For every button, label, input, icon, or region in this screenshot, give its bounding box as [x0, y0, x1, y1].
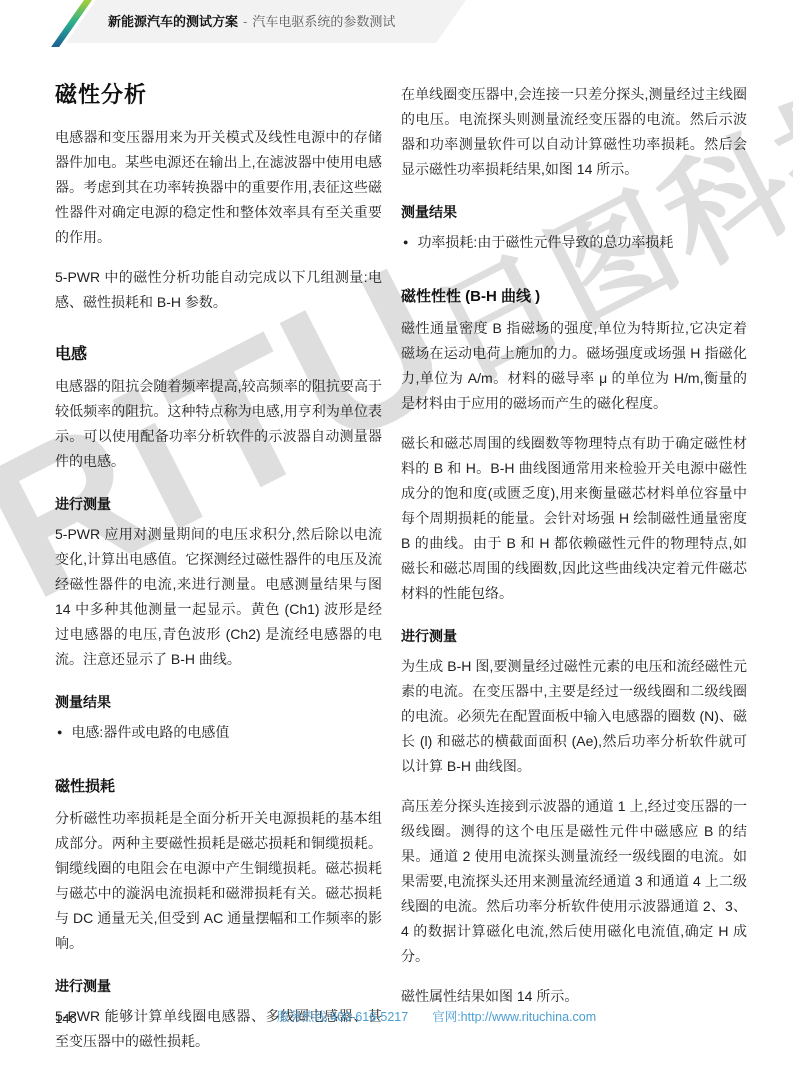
hotline-label: 服务热线:: [277, 1010, 330, 1024]
hotline-number: 400-616-5217: [330, 1010, 408, 1024]
bh-paragraph-3: 为生成 B-H 图,要测量经过磁性元素的电压和流经磁性元素的电流。在变压器中,主…: [401, 654, 747, 779]
doc-series-title: 新能源汽车的测试方案: [108, 14, 238, 29]
subheading-results-right: 测量结果: [401, 202, 747, 222]
page-title: 磁性分析: [55, 78, 382, 109]
list-item: ● 功率损耗:由于磁性元件导致的总功率损耗: [401, 230, 747, 255]
subheading-results-left: 测量结果: [55, 692, 382, 712]
measurement-paragraph-1: 5-PWR 应用对测量期间的电压求积分,然后除以电流变化,计算出电感值。它探测经…: [55, 522, 382, 672]
inductance-paragraph: 电感器的阻抗会随着频率提高,较高频率的阻抗要高于较低频率的阻抗。这种特点称为电感…: [55, 374, 382, 474]
section-heading-bh-curve: 磁性性性 (B-H 曲线 ): [401, 285, 747, 306]
section-heading-magnetic-loss: 磁性损耗: [55, 775, 382, 796]
bh-paragraph-1: 磁性通量密度 B 指磁场的强度,单位为特斯拉,它决定着磁场在运动电荷上施加的力。…: [401, 316, 747, 416]
subheading-make-measurement-2: 进行测量: [55, 976, 382, 996]
footer-contact-line: 服务热线:400-616-5217官网:http://www.rituchina…: [0, 1007, 793, 1025]
intro-paragraph-2: 5-PWR 中的磁性分析功能自动完成以下几组测量:电感、磁性损耗和 B-H 参数…: [55, 265, 382, 315]
right-column: 在单线圈变压器中,会连接一只差分探头,测量经过主线圈的电压。电流探头则测量流经变…: [401, 78, 747, 1069]
website-link[interactable]: http://www.rituchina.com: [461, 1010, 596, 1024]
section-heading-inductance: 电感: [55, 341, 382, 364]
bullet-icon: ●: [57, 720, 62, 745]
left-column: 磁性分析 电感器和变压器用来为开关模式及线性电源中的存储器件加电。某些电源还在输…: [55, 78, 382, 1069]
magnetic-loss-paragraph: 分析磁性功率损耗是全面分析开关电源损耗的基本组成部分。两种主要磁性损耗是磁芯损耗…: [55, 806, 382, 956]
bullet-text: 功率损耗:由于磁性元件导致的总功率损耗: [417, 230, 673, 255]
header-dash: -: [243, 14, 247, 29]
subheading-make-measurement-1: 进行测量: [55, 494, 382, 514]
bullet-text: 电感:器件或电路的电感值: [71, 720, 229, 745]
bh-paragraph-2: 磁长和磁芯周围的线圈数等物理特点有助于确定磁性材料的 B 和 H。B-H 曲线图…: [401, 431, 747, 606]
website-label: 官网:: [432, 1010, 460, 1024]
subheading-make-measurement-3: 进行测量: [401, 626, 747, 646]
content-area: 磁性分析 电感器和变压器用来为开关模式及线性电源中的存储器件加电。某些电源还在输…: [55, 78, 747, 1069]
bh-paragraph-4: 高压差分探头连接到示波器的通道 1 上,经过变压器的一级线圈。测得的这个电压是磁…: [401, 794, 747, 969]
document-page: 新能源汽车的测试方案-汽车电驱系统的参数测试 RiTU日图科技 磁性分析 电感器…: [0, 0, 793, 1077]
transformer-paragraph: 在单线圈变压器中,会连接一只差分探头,测量经过主线圈的电压。电流探头则测量流经变…: [401, 82, 747, 182]
page-header: 新能源汽车的测试方案-汽车电驱系统的参数测试: [66, 0, 466, 43]
bullet-icon: ●: [403, 230, 408, 255]
bh-paragraph-5: 磁性属性结果如图 14 所示。: [401, 984, 747, 1009]
doc-subtitle: 汽车电驱系统的参数测试: [252, 14, 395, 29]
intro-paragraph-1: 电感器和变压器用来为开关模式及线性电源中的存储器件加电。某些电源还在输出上,在滤…: [55, 125, 382, 250]
list-item: ● 电感:器件或电路的电感值: [55, 720, 382, 745]
